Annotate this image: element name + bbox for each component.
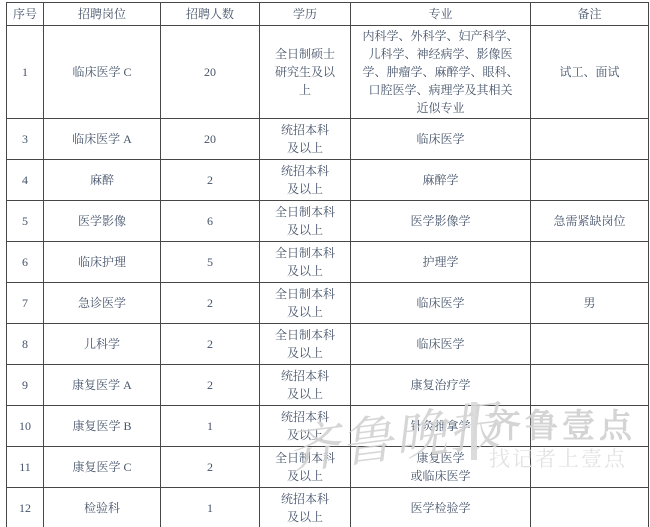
cell-education: 统招本科 及以上 [260,119,351,160]
cell-major: 临床医学 [351,324,531,365]
cell-note [531,365,649,406]
cell-major: 护理学 [351,242,531,283]
column-header-position: 招聘岗位 [44,3,161,26]
recruitment-table: 序号 招聘岗位 招聘人数 学历 专业 备注 1 临床医学 C 20 全日制硕士 … [6,2,649,527]
cell-note: 男 [531,283,649,324]
table-row: 12 检验科 1 统招本科 及以上 医学检验学 [7,488,649,527]
table-row: 11 康复医学 C 2 全日制本科 及以上 康复医学 或临床医学 [7,447,649,488]
table-row: 6 临床护理 5 全日制本科 及以上 护理学 [7,242,649,283]
cell-count: 1 [161,406,260,447]
cell-note: 急需紧缺岗位 [531,201,649,242]
table-row: 4 麻醉 2 统招本科 及以上 麻醉学 [7,160,649,201]
cell-major: 医学影像学 [351,201,531,242]
cell-note [531,447,649,488]
table-header: 序号 招聘岗位 招聘人数 学历 专业 备注 [7,3,649,26]
cell-no: 9 [7,365,44,406]
cell-education: 统招本科 及以上 [260,365,351,406]
table-row: 1 临床医学 C 20 全日制硕士 研究生及以 上 内科学、外科学、妇产科学、 … [7,26,649,119]
cell-major: 针灸推拿学 [351,406,531,447]
cell-position: 康复医学 B [44,406,161,447]
cell-education: 全日制本科 及以上 [260,242,351,283]
cell-no: 3 [7,119,44,160]
cell-no: 4 [7,160,44,201]
cell-education: 全日制本科 及以上 [260,283,351,324]
column-header-major: 专业 [351,3,531,26]
cell-count: 20 [161,119,260,160]
cell-major: 医学检验学 [351,488,531,527]
cell-position: 临床医学 C [44,26,161,119]
cell-no: 8 [7,324,44,365]
cell-no: 7 [7,283,44,324]
cell-education: 全日制本科 及以上 [260,324,351,365]
cell-position: 急诊医学 [44,283,161,324]
table-row: 10 康复医学 B 1 统招本科 及以上 针灸推拿学 [7,406,649,447]
cell-education: 全日制硕士 研究生及以 上 [260,26,351,119]
cell-count: 5 [161,242,260,283]
cell-note [531,242,649,283]
column-header-count: 招聘人数 [161,3,260,26]
cell-count: 2 [161,447,260,488]
table-row: 9 康复医学 A 2 统招本科 及以上 康复治疗学 [7,365,649,406]
column-header-education: 学历 [260,3,351,26]
cell-note [531,324,649,365]
cell-count: 20 [161,26,260,119]
cell-education: 统招本科 及以上 [260,488,351,527]
table-row: 8 儿科学 2 全日制本科 及以上 临床医学 [7,324,649,365]
cell-major: 康复医学 或临床医学 [351,447,531,488]
cell-no: 1 [7,26,44,119]
cell-count: 2 [161,365,260,406]
table-body: 1 临床医学 C 20 全日制硕士 研究生及以 上 内科学、外科学、妇产科学、 … [7,26,649,527]
cell-position: 临床护理 [44,242,161,283]
cell-position: 临床医学 A [44,119,161,160]
cell-note [531,119,649,160]
cell-education: 统招本科 及以上 [260,160,351,201]
header-row: 序号 招聘岗位 招聘人数 学历 专业 备注 [7,3,649,26]
cell-position: 康复医学 A [44,365,161,406]
recruitment-table-page: 序号 招聘岗位 招聘人数 学历 专业 备注 1 临床医学 C 20 全日制硕士 … [0,0,650,527]
table-row: 5 医学影像 6 全日制本科 及以上 医学影像学 急需紧缺岗位 [7,201,649,242]
cell-major: 临床医学 [351,119,531,160]
cell-position: 康复医学 C [44,447,161,488]
cell-no: 5 [7,201,44,242]
cell-education: 全日制本科 及以上 [260,201,351,242]
cell-no: 11 [7,447,44,488]
cell-major: 康复治疗学 [351,365,531,406]
cell-education: 全日制本科 及以上 [260,447,351,488]
cell-position: 医学影像 [44,201,161,242]
cell-major: 内科学、外科学、妇产科学、 儿科学、神经病学、影像医 学、肿瘤学、麻醉学、眼科、… [351,26,531,119]
column-header-no: 序号 [7,3,44,26]
cell-no: 12 [7,488,44,527]
cell-major: 麻醉学 [351,160,531,201]
cell-no: 6 [7,242,44,283]
cell-no: 10 [7,406,44,447]
cell-major: 临床医学 [351,283,531,324]
cell-note [531,160,649,201]
column-header-note: 备注 [531,3,649,26]
cell-note [531,406,649,447]
cell-position: 儿科学 [44,324,161,365]
table-row: 3 临床医学 A 20 统招本科 及以上 临床医学 [7,119,649,160]
cell-position: 检验科 [44,488,161,527]
cell-count: 2 [161,324,260,365]
cell-position: 麻醉 [44,160,161,201]
cell-count: 2 [161,283,260,324]
cell-education: 统招本科 及以上 [260,406,351,447]
cell-count: 1 [161,488,260,527]
cell-count: 2 [161,160,260,201]
cell-note: 试工、面试 [531,26,649,119]
table-row: 7 急诊医学 2 全日制本科 及以上 临床医学 男 [7,283,649,324]
cell-count: 6 [161,201,260,242]
cell-note [531,488,649,527]
